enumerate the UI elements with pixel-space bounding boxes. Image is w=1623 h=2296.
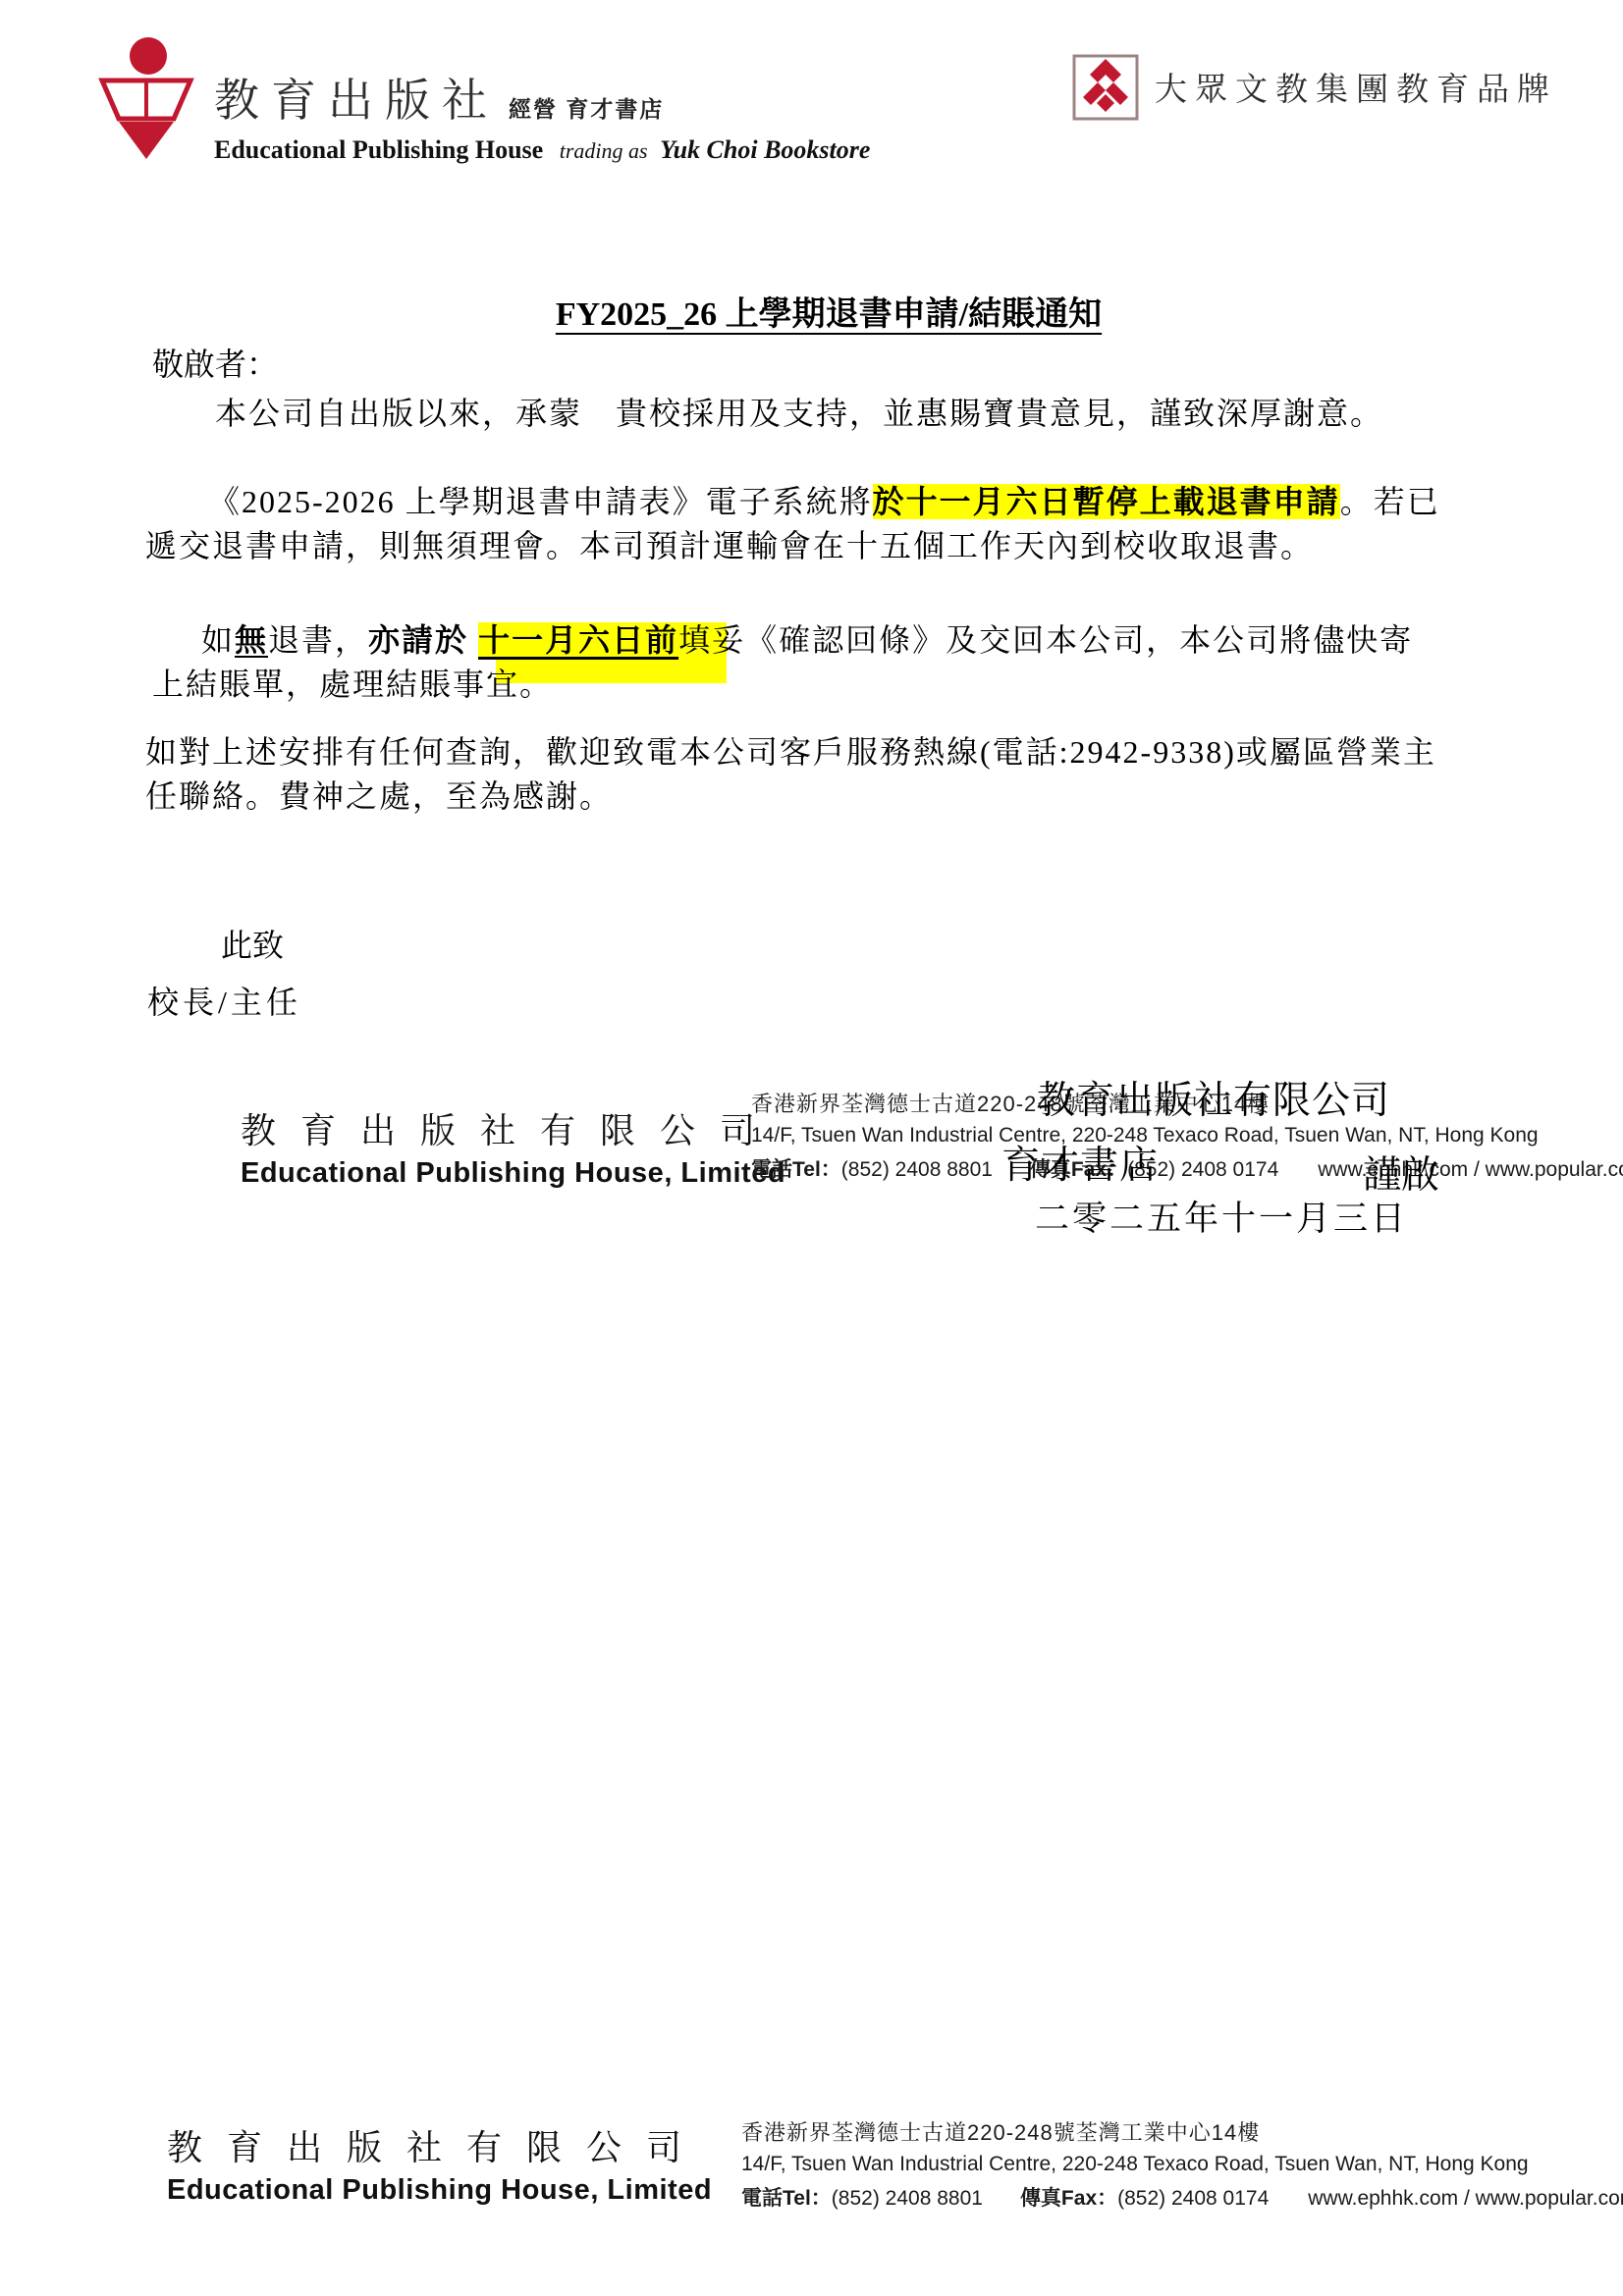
- paragraph-enquiry: 如對上述安排有任何查詢，歡迎致電本公司客戶服務熱線(電話:2942-9338)或…: [145, 730, 1549, 819]
- signoff-store-name: 育才書店: [1001, 1135, 1159, 1190]
- letter-title: FY2025_26 上學期退書申請/結賬通知: [145, 287, 1512, 335]
- para2-pre: 《2025-2026 上學期退書申請表》電子系統將: [208, 484, 873, 519]
- tel-number: (852) 2408 8801: [841, 1158, 993, 1181]
- para2-highlighted-date: 於十一月六日暫停上載退書申請: [873, 484, 1340, 519]
- eph-name-en: Educational Publishing House: [214, 135, 543, 164]
- signature-company-block: 教育出版社有限公司 Educational Publishing House, …: [241, 1103, 785, 1190]
- footer-address-block: 香港新界荃灣德士古道220-248號荃灣工業中心14樓 14/F, Tsuen …: [741, 2116, 1623, 2212]
- para3-none-underlined: 無: [235, 622, 268, 658]
- para3-line2: 上結賬單，處理結賬事宜。: [152, 667, 553, 702]
- paragraph-thanks: 本公司自出版以來，承蒙 貴校採用及支持，並惠賜寶貴意見，謹致深厚謝意。: [152, 392, 1546, 436]
- salutation: 敬啟者：: [152, 340, 278, 385]
- eph-logo-text: 教育出版社 經營 育才書店 Educational Publishing Hou…: [214, 35, 870, 165]
- footer-address-zh: 香港新界荃灣德士古道220-248號荃灣工業中心14樓: [741, 2116, 1623, 2147]
- footer-fax-number: (852) 2408 0174: [1117, 2187, 1269, 2210]
- eph-person-book-icon: [98, 35, 194, 159]
- footer-contact-line: 電話Tel：(852) 2408 8801傳真Fax：(852) 2408 01…: [741, 2182, 1623, 2212]
- eph-logo: 教育出版社 經營 育才書店 Educational Publishing Hou…: [98, 35, 870, 165]
- footer-company-en: Educational Publishing House, Limited: [167, 2174, 712, 2207]
- letter-page: 教育出版社 經營 育才書店 Educational Publishing Hou…: [0, 0, 1623, 2296]
- footer-tel-label: 電話Tel：: [741, 2187, 832, 2210]
- para3-seg1: 如: [201, 622, 235, 658]
- para2-post: 。若已: [1340, 484, 1440, 519]
- signature-company-zh: 教育出版社有限公司: [241, 1103, 785, 1153]
- para4-line1: 如對上述安排有任何查詢，歡迎致電本公司客戶服務熱線(電話:2942-9338)或…: [145, 734, 1436, 770]
- eph-trading-as: trading as: [560, 138, 648, 163]
- signoff-date: 二零二五年十一月三日: [1035, 1192, 1408, 1241]
- para3-also-please: 亦請於: [368, 622, 478, 658]
- para3-seg3: 退書，: [268, 622, 368, 658]
- paragraph-no-return: 如無退書，亦請於 十一月六日前填妥《確認回條》及交回本公司，本公司將儘快寄 上結…: [152, 618, 1546, 707]
- eph-trading-en: Yuk Choi Bookstore: [660, 135, 870, 164]
- footer-fax-label: 傳真Fax：: [1020, 2187, 1117, 2210]
- footer-company-block: 教育出版社有限公司 Educational Publishing House, …: [167, 2120, 712, 2207]
- address-en: 14/F, Tsuen Wan Industrial Centre, 220-2…: [751, 1124, 1623, 1148]
- paragraph-deadline-notice: 《2025-2026 上學期退書申請表》電子系統將於十一月六日暫停上載退書申請。…: [145, 480, 1540, 568]
- signature-company-en: Educational Publishing House, Limited: [241, 1157, 785, 1190]
- eph-trading-zh: 經營 育才書店: [509, 91, 664, 124]
- footer-tel-number: (852) 2408 8801: [832, 2187, 983, 2210]
- closing-cizhi: 此致: [221, 921, 284, 966]
- contact-line: 電話Tel：(852) 2408 8801傳真Fax：(852) 2408 01…: [751, 1153, 1623, 1183]
- para3-seg6: 填妥《確認回條》及交回本公司，本公司將儘快寄: [678, 622, 1413, 658]
- popular-emblem-icon: [1070, 49, 1143, 124]
- recipient-line: 校長/主任: [147, 978, 301, 1023]
- eph-name-zh: 教育出版社: [214, 65, 499, 130]
- popular-tagline: 大眾文教集團教育品牌: [1155, 64, 1557, 110]
- footer-websites: www.ephhk.com / www.popular.com.hk: [1308, 2187, 1623, 2210]
- footer-address-en: 14/F, Tsuen Wan Industrial Centre, 220-2…: [741, 2153, 1623, 2176]
- para3-highlighted-deadline: 十一月六日前: [478, 622, 678, 658]
- footer-company-zh: 教育出版社有限公司: [167, 2120, 712, 2170]
- tel-label: 電話Tel：: [751, 1158, 841, 1181]
- para4-line2: 任聯絡。費神之處，至為感謝。: [145, 778, 613, 814]
- signoff-company-name: 教育出版社有限公司: [1037, 1070, 1390, 1125]
- para2-line2: 遞交退書申請，則無須理會。本司預計運輸會在十五個工作天內到校收取退書。: [145, 528, 1314, 563]
- popular-group-logo: 大眾文教集團教育品牌: [1070, 49, 1557, 124]
